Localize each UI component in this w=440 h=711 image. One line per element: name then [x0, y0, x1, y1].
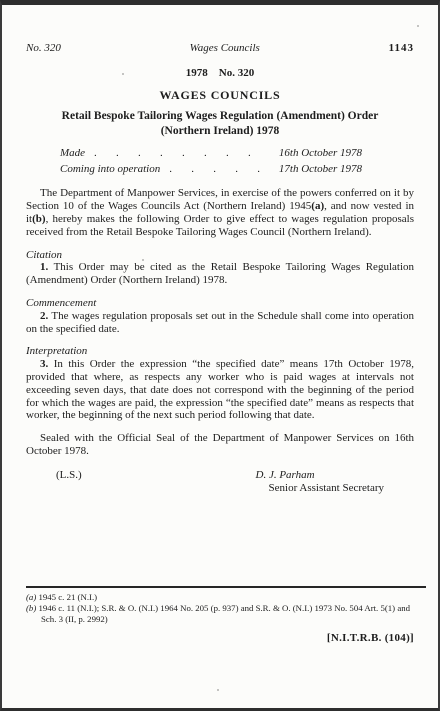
footnote-text: 1946 c. 11 (N.I.); S.R. & O. (N.I.) 1964…: [38, 603, 410, 624]
footnote-text: 1945 c. 21 (N.I.): [38, 592, 97, 602]
docket-label: Coming into operation: [60, 162, 160, 178]
seal-mark: (L.S.): [56, 469, 82, 482]
section-paragraph-2: 2. The wages regulation proposals set ou…: [26, 310, 414, 336]
scan-speck: [142, 259, 144, 261]
docket-row-operation: Coming into operation . . . . . . 17th O…: [60, 162, 362, 178]
footnote-a: (a) 1945 c. 21 (N.I.): [26, 592, 414, 603]
preamble-paragraph: The Department of Manpower Services, in …: [26, 187, 414, 238]
header-instrument-number: No. 320: [26, 42, 61, 55]
scan-speck: [417, 25, 419, 27]
signature-name: D. J. Parham: [256, 469, 384, 482]
sealing-paragraph: Sealed with the Official Seal of the Dep…: [26, 432, 414, 458]
preamble-text: , hereby makes the following Order to gi…: [26, 213, 414, 238]
signature-row: (L.S.) D. J. Parham Senior Assistant Sec…: [26, 469, 414, 495]
docket-row-made: Made . . . . . . . . 16th October 1978: [60, 146, 362, 162]
paragraph-text: The wages regulation proposals set out i…: [26, 310, 414, 335]
reference-code: [N.I.T.R.B. (104)]: [26, 632, 414, 645]
docket-value: 17th October 1978: [279, 162, 362, 178]
header-page-number: 1143: [389, 42, 414, 55]
order-title: Retail Bespoke Tailoring Wages Regulatio…: [26, 109, 414, 138]
footnote-marker: (b): [26, 603, 36, 613]
docket-table: Made . . . . . . . . 16th October 1978 C…: [60, 146, 362, 177]
scan-speck: [217, 689, 219, 691]
footnote-marker: (a): [26, 592, 36, 602]
section-paragraph-1: 1. This Order may be cited as the Retail…: [26, 261, 414, 287]
header-running-title: Wages Councils: [190, 42, 260, 55]
section-heading-citation: Citation: [26, 249, 414, 262]
footnote-b: (b) 1946 c. 11 (N.I.); S.R. & O. (N.I.) …: [26, 603, 414, 625]
paragraph-number: 1.: [40, 261, 48, 273]
paragraph-number: 3.: [40, 358, 48, 370]
scan-speck: [122, 73, 124, 75]
footnote-ref-a: (a): [311, 200, 324, 212]
paragraph-text: In this Order the expression “the specif…: [26, 358, 414, 421]
section-heading-commencement: Commencement: [26, 297, 414, 310]
section-paragraph-3: 3. In this Order the expression “the spe…: [26, 358, 414, 422]
footnote-ref-b: (b): [32, 213, 45, 225]
series-line: 1978 No. 320: [26, 67, 414, 80]
section-heading-interpretation: Interpretation: [26, 345, 414, 358]
order-title-line1: Retail Bespoke Tailoring Wages Regulatio…: [40, 109, 400, 124]
docket-label: Made: [60, 146, 85, 162]
docket-value: 16th October 1978: [279, 146, 362, 162]
order-title-line2: (Northern Ireland) 1978: [40, 124, 400, 139]
paragraph-number: 2.: [40, 310, 48, 322]
dot-leader: . . . . . . . .: [85, 146, 279, 162]
category-heading: WAGES COUNCILS: [26, 89, 414, 102]
dot-leader: . . . . . .: [160, 162, 279, 178]
statutory-order-page: No. 320 Wages Councils 1143 1978 No. 320…: [0, 0, 440, 711]
running-header: No. 320 Wages Councils 1143: [26, 42, 414, 55]
paragraph-text: This Order may be cited as the Retail Be…: [26, 261, 414, 286]
signature-title: Senior Assistant Secretary: [256, 482, 384, 495]
signature-block: D. J. Parham Senior Assistant Secretary: [256, 469, 384, 495]
footnotes: (a) 1945 c. 21 (N.I.) (b) 1946 c. 11 (N.…: [26, 592, 414, 624]
footnote-block: (a) 1945 c. 21 (N.I.) (b) 1946 c. 11 (N.…: [26, 586, 414, 624]
footnote-rule: [26, 586, 426, 588]
